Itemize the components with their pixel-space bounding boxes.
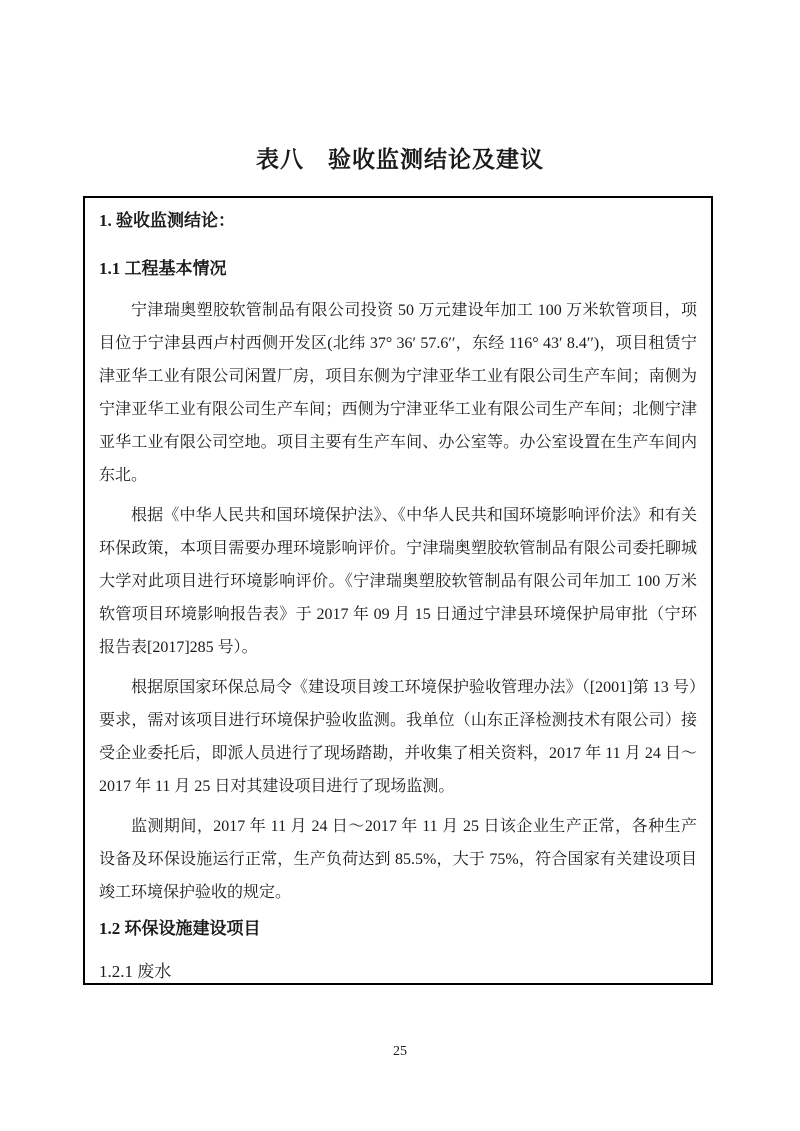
paragraph-monitoring-commission: 根据原国家环保总局令《建设项目竣工环境保护验收管理办法》（[2001]第 13 … (99, 671, 697, 803)
page-number: 25 (0, 1044, 800, 1060)
content-box: 1. 验收监测结论： 1.1 工程基本情况 宁津瑞奥塑胶软管制品有限公司投资 5… (83, 196, 713, 985)
section-1-2-heading: 1.2 环保设施建设项目 (99, 919, 697, 939)
section-1-heading: 1. 验收监测结论： (99, 211, 697, 231)
paragraph-project-overview: 宁津瑞奥塑胶软管制品有限公司投资 50 万元建设年加工 100 万米软管项目，项… (99, 294, 697, 492)
paragraph-monitoring-period: 监测期间，2017 年 11 月 24 日～2017 年 11 月 25 日该企… (99, 810, 697, 909)
page-title: 表八 验收监测结论及建议 (0, 141, 800, 174)
section-1-2-1-heading: 1.2.1 废水 (99, 962, 697, 982)
paragraph-eia-approval: 根据《中华人民共和国环境保护法》、《中华人民共和国环境影响评价法》和有关环保政策… (99, 499, 697, 664)
section-1-1-heading: 1.1 工程基本情况 (99, 259, 697, 279)
